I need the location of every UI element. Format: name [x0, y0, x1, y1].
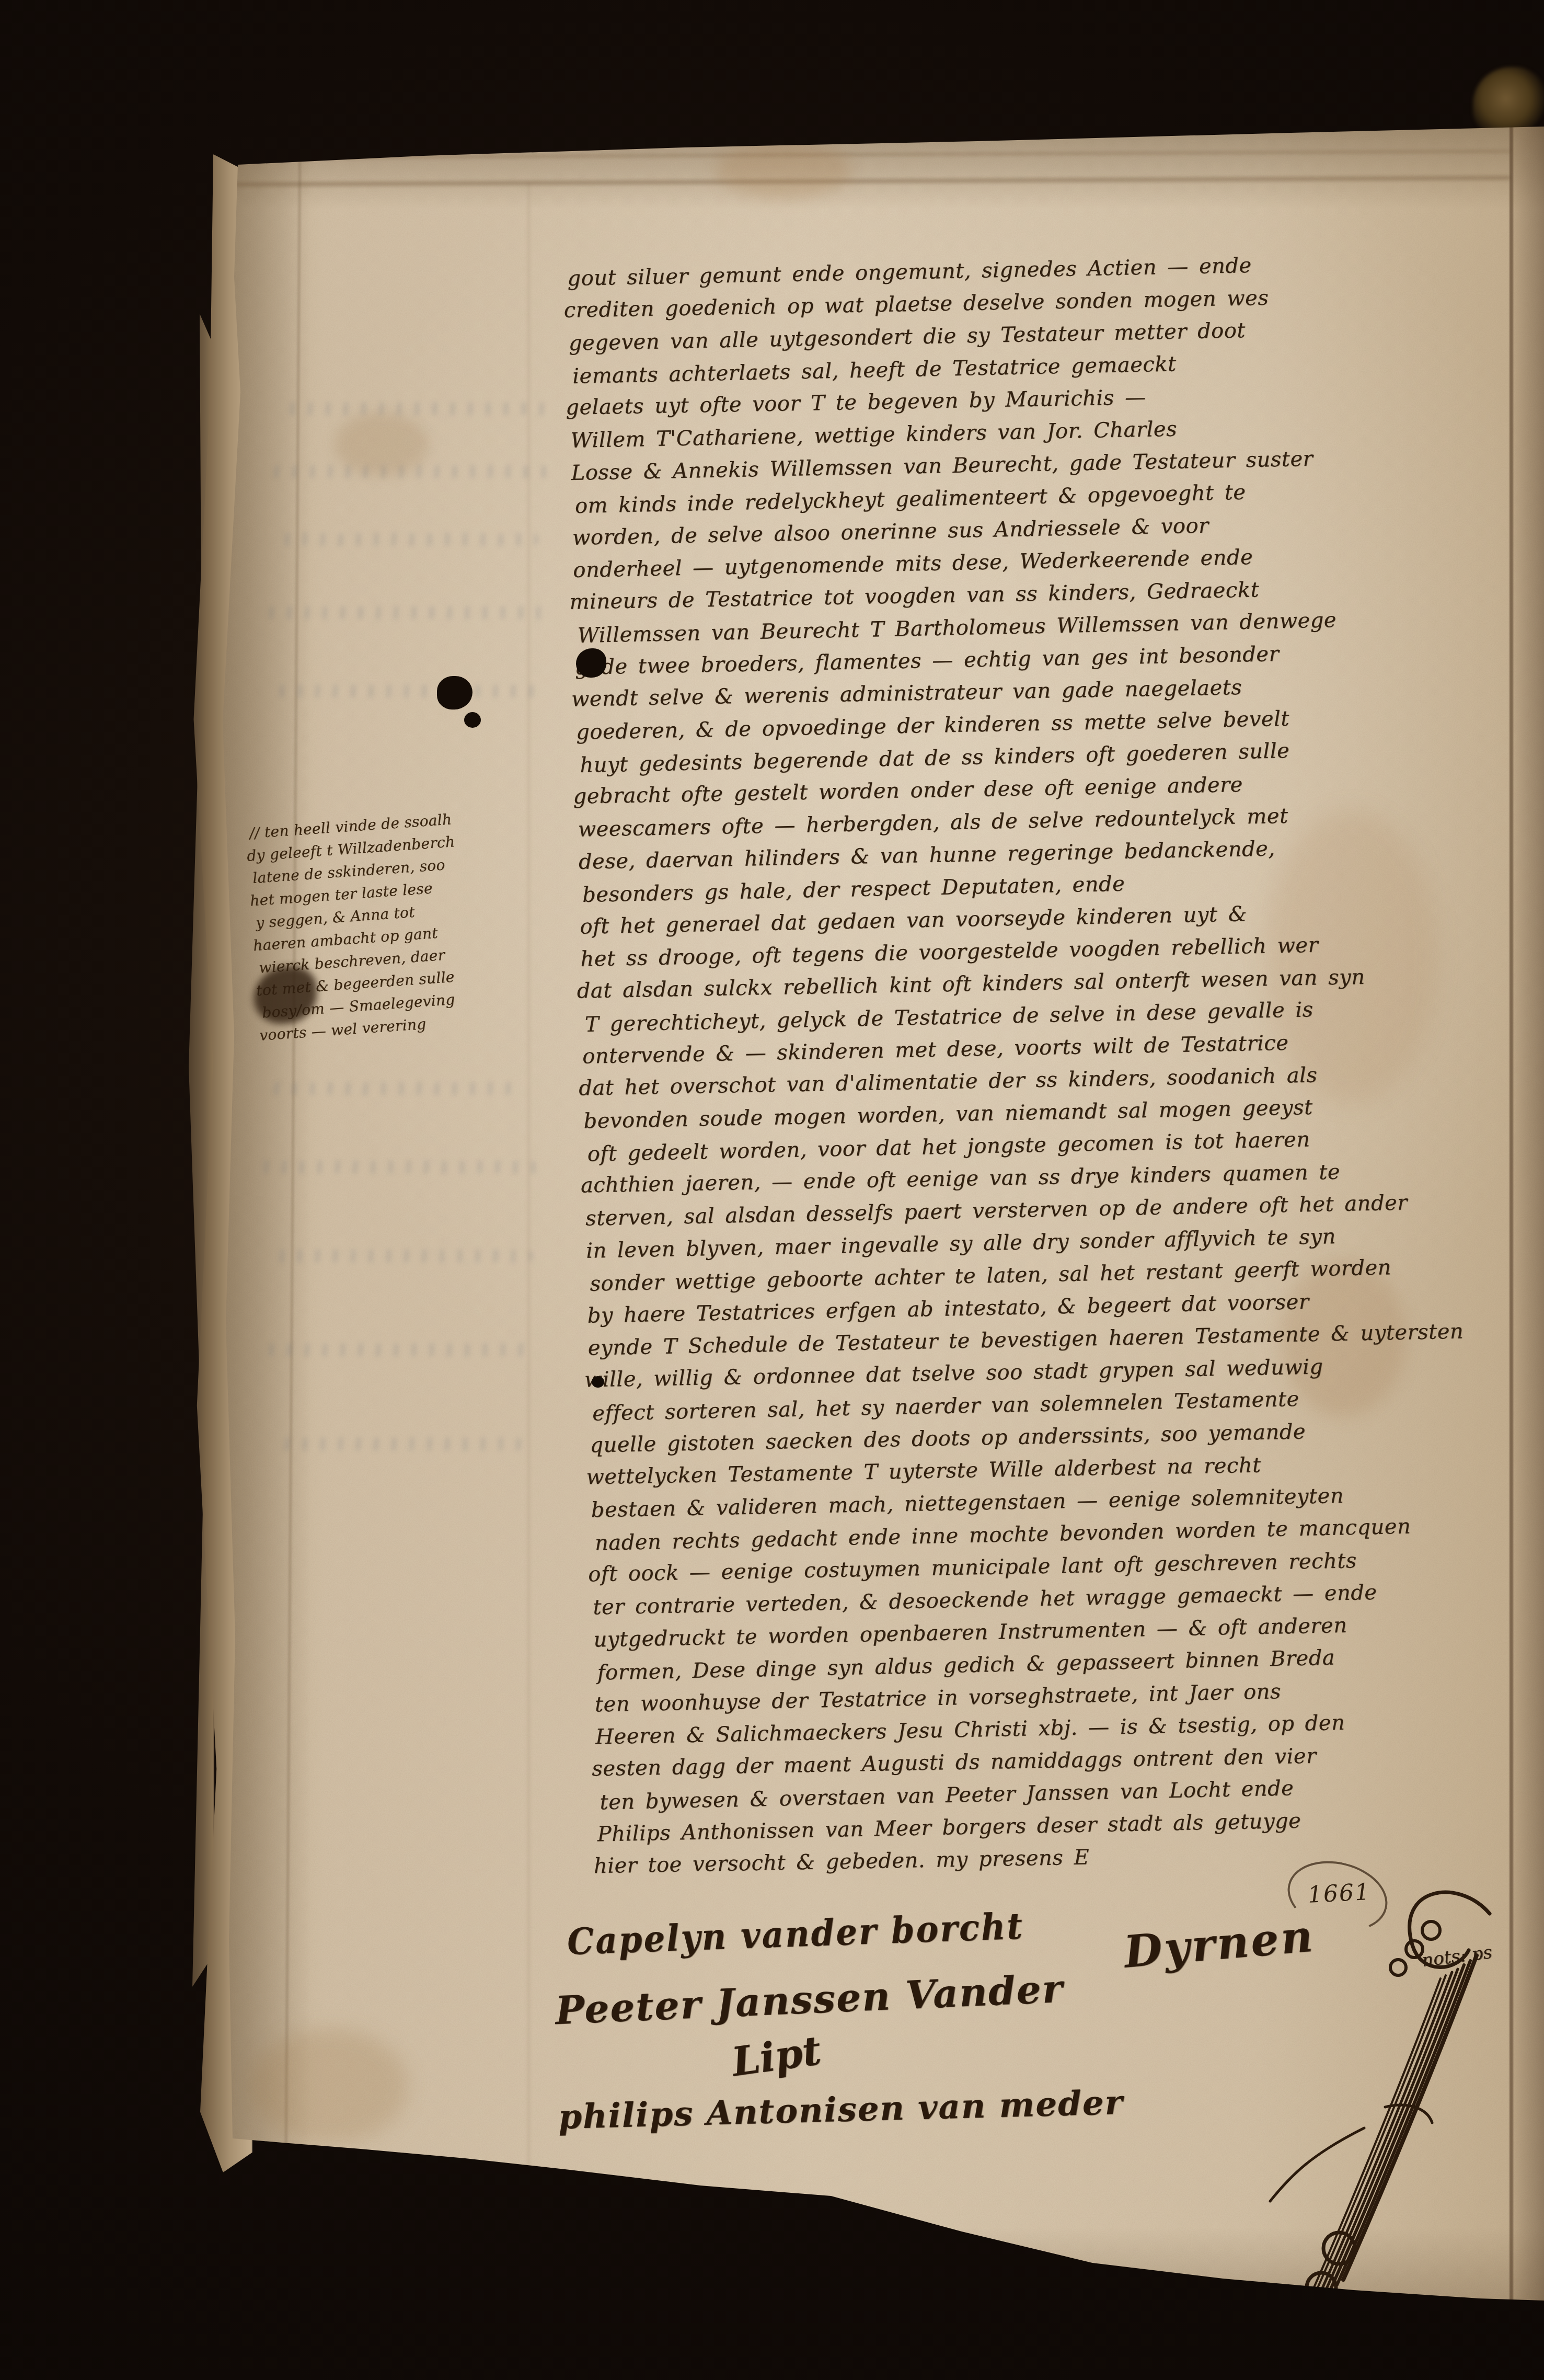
paper-grain-texture: [204, 120, 1544, 2332]
manuscript-page: gout siluer gemunt ende ongemunt, signed…: [204, 120, 1544, 2332]
photo-background: gout siluer gemunt ende ongemunt, signed…: [0, 0, 1544, 2380]
